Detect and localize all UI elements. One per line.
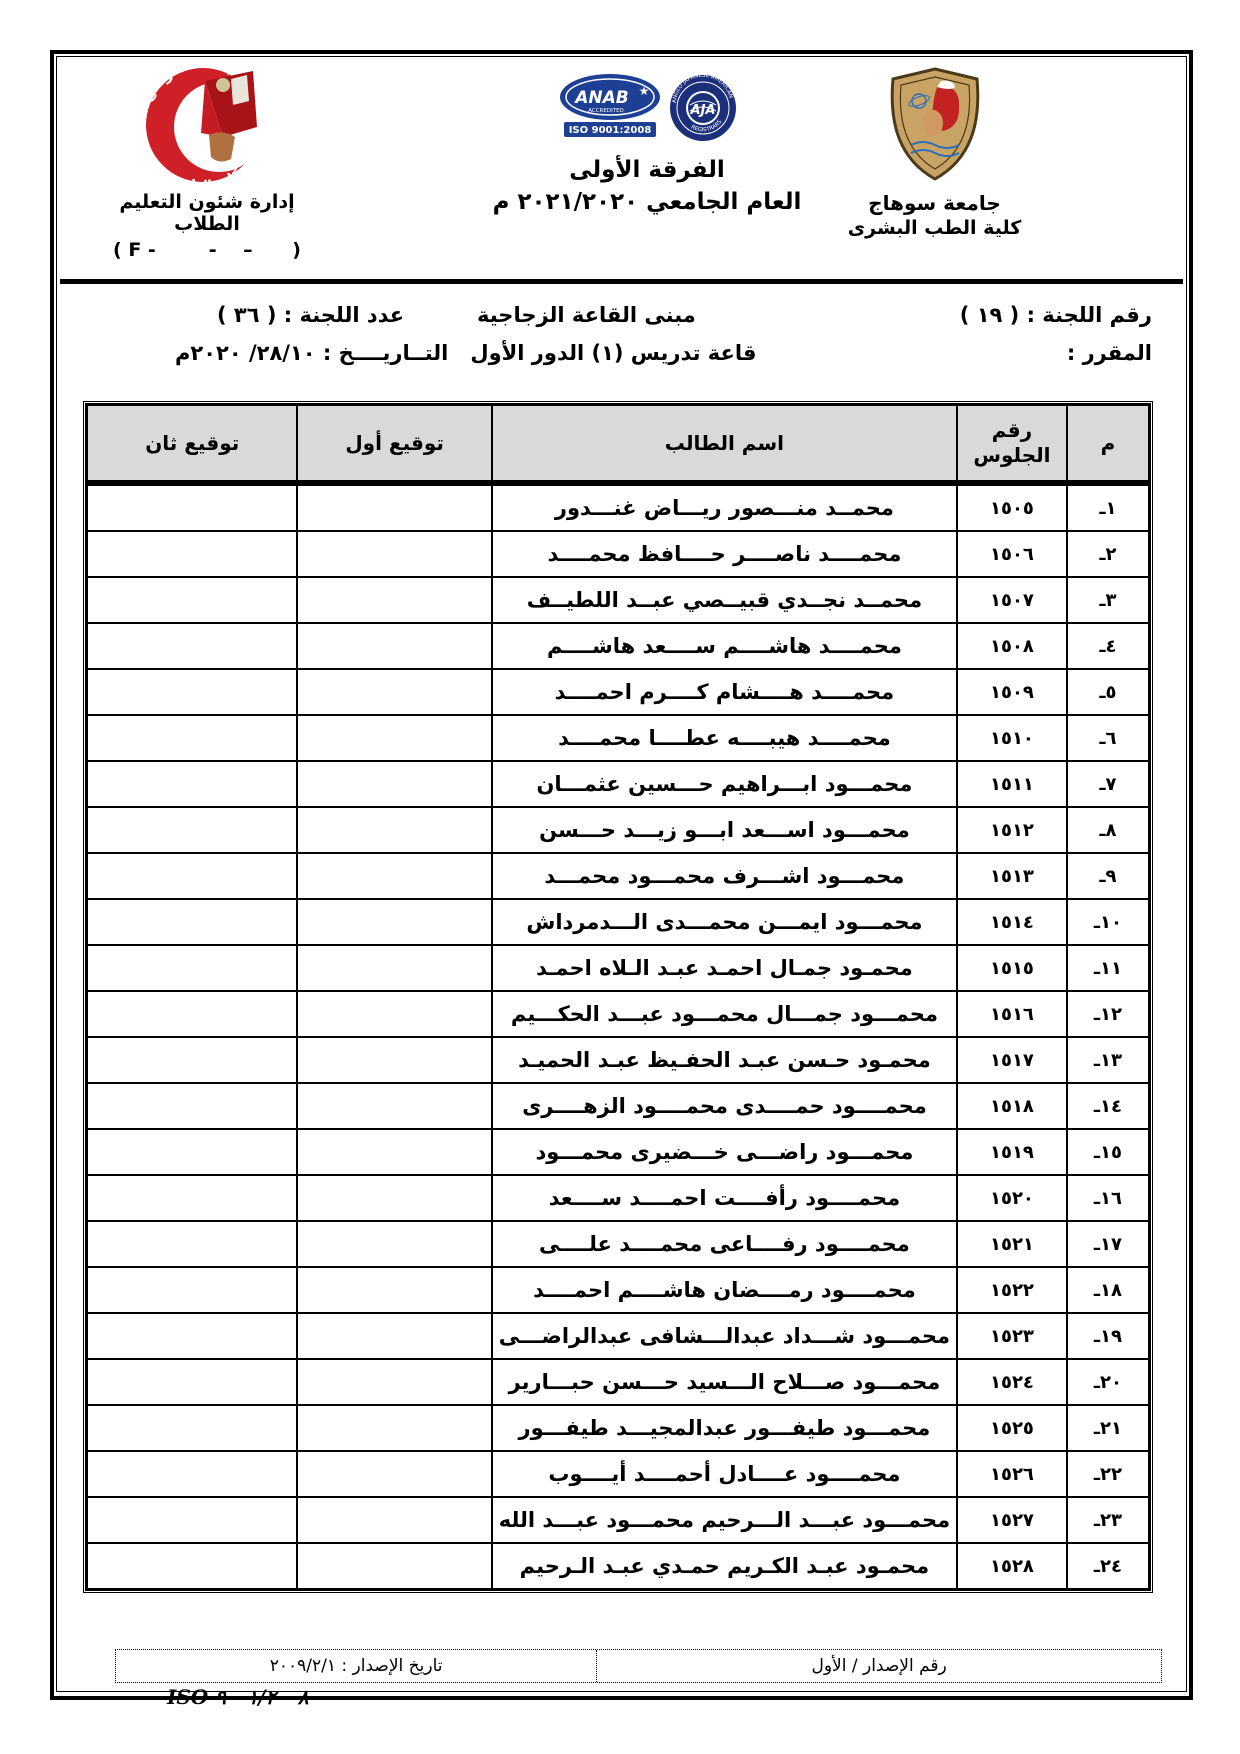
seat-number-cell: ١٥١٩ [957,1129,1067,1175]
hall-name: قاعة تدريس (١) الدور الأول [470,341,756,365]
table-header-row: م رقم الجلوس اسم الطالب توقيع أول توقيع … [87,405,1150,484]
certification-logos: ANAB ★ ACCREDITED ISO 9001:2008 [477,73,817,143]
table-row: ٢٤ـ١٥٢٨محمـود عبـد الكـريم حمـدي عبـد ال… [87,1543,1150,1590]
first-signature-cell [297,1267,491,1313]
student-name-cell: محمــــد هاشــــم ســــعد هاشــــم [492,623,957,669]
university-shield-logo [881,65,989,183]
first-signature-cell [297,945,491,991]
student-name-cell: محمـــود اشـــرف محمـــود محمـــد [492,853,957,899]
row-number-cell: ١٤ـ [1067,1083,1150,1129]
first-signature-cell [297,623,491,669]
row-number-cell: ٨ـ [1067,807,1150,853]
row-number-cell: ٢٤ـ [1067,1543,1150,1590]
second-signature-cell [87,483,298,531]
second-signature-cell [87,807,298,853]
seat-number-cell: ١٥٢٥ [957,1405,1067,1451]
row-number-cell: ٤ـ [1067,623,1150,669]
seat-number-cell: ١٥١٤ [957,899,1067,945]
first-signature-cell [297,531,491,577]
row-number-cell: ٦ـ [1067,715,1150,761]
exam-date: التــاريــــخ : ٢٨/١٠/ ٢٠٢٠م [175,341,448,365]
first-signature-cell [297,761,491,807]
table-row: ١٦ـ١٥٢٠محمــــود رأفــــت احمــــد ســــ… [87,1175,1150,1221]
second-signature-cell [87,623,298,669]
student-name-cell: محمــــد هــــشام كــــرم احمــــد [492,669,957,715]
student-name-cell: محمـــود ايمـــن محمـــدى الـــدمرداش [492,899,957,945]
seat-number-cell: ١٥٠٦ [957,531,1067,577]
table-row: ١٩ـ١٥٢٣محمـــود شـــداد عبدالـــشافى عبد… [87,1313,1150,1359]
student-name-cell: محمــــد هيبــــه عطــــا محمــــد [492,715,957,761]
row-number-cell: ١٠ـ [1067,899,1150,945]
second-signature-cell [87,1451,298,1497]
header-student-name: اسم الطالب [492,405,957,484]
student-name-cell: محمـــود شـــداد عبدالـــشافى عبدالراضــ… [492,1313,957,1359]
anab-iso-text: ISO 9001:2008 [569,125,652,136]
faculty-name: كلية الطب البشرى [847,217,1022,239]
committee-count: عدد اللجنة : ( ٣٦ ) [217,303,404,327]
row-number-cell: ١٢ـ [1067,991,1150,1037]
row-number-cell: ١٦ـ [1067,1175,1150,1221]
header-divider [60,279,1183,284]
table-row: ١١ـ١٥١٥محمـود جمـال احمـد عبـد الـلاه اح… [87,945,1150,991]
aja-text: AJA [690,103,716,118]
table-row: ١٧ـ١٥٢١محمــــود رفــــاعى محمــــد علــ… [87,1221,1150,1267]
student-name-cell: محمـود عبـد الكـريم حمـدي عبـد الـرحيم [492,1543,957,1590]
first-signature-cell [297,1221,491,1267]
row-number-cell: ٩ـ [1067,853,1150,899]
row-number-cell: ٥ـ [1067,669,1150,715]
seat-number-cell: ١٥١٨ [957,1083,1067,1129]
header-no: م [1067,405,1150,484]
second-signature-cell [87,1083,298,1129]
row-number-cell: ٢ـ [1067,531,1150,577]
row-number-cell: ٧ـ [1067,761,1150,807]
first-signature-cell [297,899,491,945]
second-signature-cell [87,991,298,1037]
student-name-cell: محمــــود رفــــاعى محمــــد علــــى [492,1221,957,1267]
row-number-cell: ١١ـ [1067,945,1150,991]
row-number-cell: ١٥ـ [1067,1129,1150,1175]
table-row: ٦ـ١٥١٠محمــــد هيبــــه عطــــا محمــــد [87,715,1150,761]
department-line: إدارة شئون التعليم الطلاب [87,191,327,235]
header-second-signature: توقيع ثان [87,405,298,484]
second-signature-cell [87,899,298,945]
seat-number-cell: ١٥٠٨ [957,623,1067,669]
seat-number-cell: ١٥٢٦ [957,1451,1067,1497]
first-signature-cell [297,991,491,1037]
hall-and-date: قاعة تدريس (١) الدور الأول التــاريــــخ… [175,341,757,365]
row-number-cell: ١٩ـ [1067,1313,1150,1359]
table-row: ٢٣ـ١٥٢٧محمـــود عبـــد الـــرحيم محمـــو… [87,1497,1150,1543]
student-name-cell: محمـــود راضـــى خـــضيرى محمـــود [492,1129,957,1175]
seat-number-cell: ١٥٠٧ [957,577,1067,623]
second-signature-cell [87,945,298,991]
svg-text:★: ★ [639,84,650,98]
seat-number-cell: ١٥٢٨ [957,1543,1067,1590]
row-number-cell: ١٣ـ [1067,1037,1150,1083]
table-row: ٧ـ١٥١١محمـــود ابـــراهيم حـــسين عثمـــ… [87,761,1150,807]
seat-number-cell: ١٥١٦ [957,991,1067,1037]
first-signature-cell [297,715,491,761]
table-row: ١٨ـ١٥٢٢محمــــود رمــــضان هاشــــم احمـ… [87,1267,1150,1313]
second-signature-cell [87,761,298,807]
pharaoh-face [923,110,943,136]
second-signature-cell [87,531,298,577]
row-number-cell: ١٧ـ [1067,1221,1150,1267]
second-signature-cell [87,1221,298,1267]
student-name-cell: محمــد منـــصور ريـــاض غنـــدور [492,483,957,531]
second-signature-cell [87,1405,298,1451]
table-row: ٢ـ١٥٠٦محمــــد ناصــــر حــــافظ محمــــ… [87,531,1150,577]
header-seat-number: رقم الجلوس [957,405,1067,484]
student-name-cell: محمـود حـسن عبـد الحفـيظ عبـد الحميـد [492,1037,957,1083]
student-name-cell: محمــــود حمــــدى محمــــود الزهــــرى [492,1083,957,1129]
table-row: ١٥ـ١٥١٩محمـــود راضـــى خـــضيرى محمـــو… [87,1129,1150,1175]
row-number-cell: ٣ـ [1067,577,1150,623]
first-signature-cell [297,483,491,531]
first-signature-cell [297,1037,491,1083]
seat-number-cell: ١٥١٧ [957,1037,1067,1083]
seat-number-cell: ١٥١١ [957,761,1067,807]
table-row: ١ـ١٥٠٥محمــد منـــصور ريـــاض غنـــدور [87,483,1150,531]
student-name-cell: محمــــود رأفــــت احمــــد ســــعد [492,1175,957,1221]
issue-date-cell: تاريخ الإصدار : ٢٠٠٩/٢/١ [116,1650,596,1682]
row-number-cell: ٢٠ـ [1067,1359,1150,1405]
seat-number-cell: ١٥١٠ [957,715,1067,761]
first-signature-cell [297,1313,491,1359]
anab-logo: ANAB ★ ACCREDITED ISO 9001:2008 [556,73,664,139]
second-signature-cell [87,1497,298,1543]
students-table: م رقم الجلوس اسم الطالب توقيع أول توقيع … [85,403,1151,1591]
table-row: ٤ـ١٥٠٨محمــــد هاشــــم ســــعد هاشــــم [87,623,1150,669]
grade-title: الفرقة الأولى [477,157,817,183]
first-signature-cell [297,1083,491,1129]
seat-number-cell: ١٥١٥ [957,945,1067,991]
seat-number-cell: ١٥٢٣ [957,1313,1067,1359]
second-signature-cell [87,715,298,761]
anab-text: ANAB [573,88,629,108]
second-signature-cell [87,1037,298,1083]
table-row: ١٢ـ١٥١٦محمـــود جمـــال محمـــود عبـــد … [87,991,1150,1037]
second-signature-cell [87,1543,298,1590]
first-signature-cell [297,1543,491,1590]
first-signature-cell [297,669,491,715]
table-row: ١٣ـ١٥١٧محمـود حـسن عبـد الحفـيظ عبـد الح… [87,1037,1150,1083]
seat-number-cell: ١٥٢٤ [957,1359,1067,1405]
table-row: ٣ـ١٥٠٧محمــد نجــدي قبيــصي عبــد اللطيـ… [87,577,1150,623]
first-signature-cell [297,577,491,623]
first-signature-cell [297,1359,491,1405]
first-signature-cell [297,1405,491,1451]
page-frame: جامعة سوهاج كلية الطب إدارة شئون التعليم… [50,50,1193,1700]
student-name-cell: محمـــود عبـــد الـــرحيم محمـــود عبـــ… [492,1497,957,1543]
students-table-wrapper: م رقم الجلوس اسم الطالب توقيع أول توقيع … [83,401,1153,1593]
first-signature-cell [297,807,491,853]
student-name-cell: محمـــود اســـعد ابـــو زيـــد حـــسن [492,807,957,853]
header-center-block: ANAB ★ ACCREDITED ISO 9001:2008 [477,73,817,215]
table-row: ١٤ـ١٥١٨محمــــود حمــــدى محمــــود الزه… [87,1083,1150,1129]
row-number-cell: ٢١ـ [1067,1405,1150,1451]
aja-logo: AJA ANGLO JAPANESE AMERICAN REGISTRARS [668,73,738,143]
seat-number-cell: ١٥٠٥ [957,483,1067,531]
student-table-body: ١ـ١٥٠٥محمــد منـــصور ريـــاض غنـــدور٢ـ… [87,483,1150,1590]
seat-number-cell: ١٥٢٠ [957,1175,1067,1221]
academic-year-title: العام الجامعي ٢٠٢١/٢٠٢٠ م [477,189,817,215]
building-name: مبنى القاعة الزجاجية [477,303,696,327]
second-signature-cell [87,669,298,715]
student-name-cell: محمــــود عــــادل أحمــــد أيــــوب [492,1451,957,1497]
header-left-block: جامعة سوهاج كلية الطب إدارة شئون التعليم… [87,63,327,261]
iso-certification-line: ISO ٩٠٠١/٢٠٠٨ [167,1685,308,1709]
student-name-cell: محمـــود طيفـــور عبدالمجيـــد طيفـــور [492,1405,957,1451]
exam-info: رقم اللجنة : ( ١٩ ) مبنى القاعة الزجاجية… [57,297,1186,397]
form-code-line: ( F - - – ) [87,239,327,261]
row-number-cell: ١٨ـ [1067,1267,1150,1313]
footer-issue-box: رقم الإصدار / الأول تاريخ الإصدار : ٢٠٠٩… [115,1649,1162,1683]
table-row: ٥ـ١٥٠٩محمــــد هــــشام كــــرم احمــــد [87,669,1150,715]
seat-number-cell: ١٥٢٢ [957,1267,1067,1313]
table-row: ٢١ـ١٥٢٥محمـــود طيفـــور عبدالمجيـــد طي… [87,1405,1150,1451]
table-row: ٢٠ـ١٥٢٤محمـــود صـــلاح الـــسيد حـــسن … [87,1359,1150,1405]
second-signature-cell [87,1313,298,1359]
anab-accredited-text: ACCREDITED [588,108,624,114]
header-right-block: جامعة سوهاج كلية الطب البشرى [847,65,1022,239]
row-number-cell: ١ـ [1067,483,1150,531]
seat-number-cell: ١٥٢١ [957,1221,1067,1267]
seat-number-cell: ١٥١٣ [957,853,1067,899]
student-name-cell: محمـــود جمـــال محمـــود عبـــد الحكـــ… [492,991,957,1037]
second-signature-cell [87,577,298,623]
student-name-cell: محمــد نجــدي قبيــصي عبــد اللطيــف [492,577,957,623]
table-row: ٩ـ١٥١٣محمـــود اشـــرف محمـــود محمـــد [87,853,1150,899]
table-row: ٢٢ـ١٥٢٦محمــــود عــــادل أحمــــد أيـــ… [87,1451,1150,1497]
student-name-cell: محمــــود رمــــضان هاشــــم احمــــد [492,1267,957,1313]
university-name: جامعة سوهاج [847,191,1022,215]
first-signature-cell [297,1497,491,1543]
second-signature-cell [87,1175,298,1221]
first-signature-cell [297,1129,491,1175]
table-row: ١٠ـ١٥١٤محمـــود ايمـــن محمـــدى الـــدم… [87,899,1150,945]
first-signature-cell [297,1451,491,1497]
page-frame-inner: جامعة سوهاج كلية الطب إدارة شئون التعليم… [56,56,1187,1692]
header-first-signature: توقيع أول [297,405,491,484]
first-signature-cell [297,853,491,899]
first-signature-cell [297,1175,491,1221]
student-name-cell: محمـود جمـال احمـد عبـد الـلاه احمـد [492,945,957,991]
row-number-cell: ٢٢ـ [1067,1451,1150,1497]
table-row: ٨ـ١٥١٢محمـــود اســـعد ابـــو زيـــد حــ… [87,807,1150,853]
second-signature-cell [87,1267,298,1313]
seat-number-cell: ١٥٠٩ [957,669,1067,715]
committee-number: رقم اللجنة : ( ١٩ ) [960,303,1152,327]
second-signature-cell [87,853,298,899]
seat-number-cell: ١٥١٢ [957,807,1067,853]
student-name-cell: محمـــود ابـــراهيم حـــسين عثمـــان [492,761,957,807]
row-number-cell: ٢٣ـ [1067,1497,1150,1543]
student-name-cell: محمــــد ناصــــر حــــافظ محمــــد [492,531,957,577]
seat-number-cell: ١٥٢٧ [957,1497,1067,1543]
course-label: المقرر : [1067,341,1152,365]
head-shape [209,132,235,161]
document-page: جامعة سوهاج كلية الطب إدارة شئون التعليم… [0,0,1240,1754]
issue-number-cell: رقم الإصدار / الأول [596,1650,1161,1682]
university-crescent-logo: جامعة سوهاج كلية الطب [105,63,310,185]
second-signature-cell [87,1129,298,1175]
second-signature-cell [87,1359,298,1405]
student-name-cell: محمـــود صـــلاح الـــسيد حـــسن حبـــار… [492,1359,957,1405]
